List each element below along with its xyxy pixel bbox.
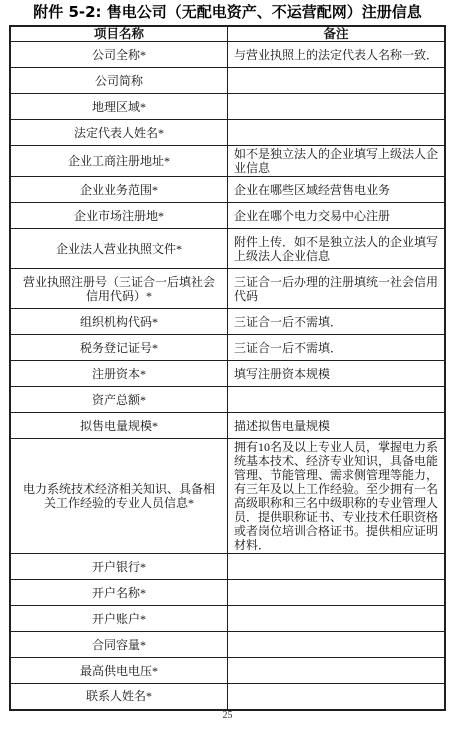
item-name: 合同容量*: [10, 632, 228, 658]
item-remark: 描述拟售电量规模: [228, 413, 446, 439]
registration-info-table: 项目名称 备注 公司全称* 与营业执照上的法定代表人名称一致． 公司简称 地理区…: [9, 25, 446, 711]
table-header-row: 项目名称 备注: [10, 26, 445, 42]
table-row: 税务登记证号* 三证合一后不需填．: [10, 335, 445, 361]
item-remark: [228, 120, 446, 146]
table-row: 法定代表人姓名*: [10, 120, 445, 146]
item-name: 营业执照注册号（三证合一后填社会信用代码）*: [10, 269, 228, 309]
item-name: 拟售电量规模*: [10, 413, 228, 439]
table-row: 注册资本* 填写注册资本规模: [10, 361, 445, 387]
item-name: 电力系统技术经济相关知识、具备相关工作经验的专业人员信息*: [10, 439, 228, 554]
item-name: 注册资本*: [10, 361, 228, 387]
item-name: 税务登记证号*: [10, 335, 228, 361]
item-remark: 填写注册资本规模: [228, 361, 446, 387]
item-name: 开户银行*: [10, 554, 228, 580]
item-name: 公司简称: [10, 68, 228, 94]
table-row: 合同容量*: [10, 632, 445, 658]
item-remark: [228, 632, 446, 658]
item-remark: 附件上传．如不是独立法人的企业填写上级法人企业信息: [228, 229, 446, 269]
table-row: 联系人姓名*: [10, 684, 445, 710]
table-row: 公司全称* 与营业执照上的法定代表人名称一致．: [10, 42, 445, 68]
item-name: 联系人姓名*: [10, 684, 228, 710]
item-name: 法定代表人姓名*: [10, 120, 228, 146]
item-name: 公司全称*: [10, 42, 228, 68]
item-remark: 企业在哪些区域经营售电业务: [228, 177, 446, 203]
item-name: 企业市场注册地*: [10, 203, 228, 229]
table-row: 地理区域*: [10, 94, 445, 120]
item-remark: [228, 94, 446, 120]
item-remark: 与营业执照上的法定代表人名称一致．: [228, 42, 446, 68]
table-row: 资产总额*: [10, 387, 445, 413]
item-remark: [228, 387, 446, 413]
item-remark: 拥有10名及以上专业人员，掌握电力系统基本技术、经济专业知识，具备电能管理、节能…: [228, 439, 446, 554]
item-name: 资产总额*: [10, 387, 228, 413]
table-row: 公司简称: [10, 68, 445, 94]
item-remark: [228, 684, 446, 710]
item-name: 开户账户*: [10, 606, 228, 632]
table-row: 开户名称*: [10, 580, 445, 606]
table-row: 企业业务范围* 企业在哪些区域经营售电业务: [10, 177, 445, 203]
table-row: 营业执照注册号（三证合一后填社会信用代码）* 三证合一后办理的注册填统一社会信用…: [10, 269, 445, 309]
item-remark: [228, 580, 446, 606]
table-row: 电力系统技术经济相关知识、具备相关工作经验的专业人员信息* 拥有10名及以上专业…: [10, 439, 445, 554]
item-name: 地理区域*: [10, 94, 228, 120]
item-remark: 三证合一后不需填．: [228, 335, 446, 361]
item-name: 企业法人营业执照文件*: [10, 229, 228, 269]
item-name: 开户名称*: [10, 580, 228, 606]
item-remark: [228, 658, 446, 684]
table-row: 企业工商注册地址* 如不是独立法人的企业填写上级法人企业信息: [10, 146, 445, 177]
table-row: 企业法人营业执照文件* 附件上传．如不是独立法人的企业填写上级法人企业信息: [10, 229, 445, 269]
item-name: 企业业务范围*: [10, 177, 228, 203]
table-row: 拟售电量规模* 描述拟售电量规模: [10, 413, 445, 439]
table-row: 开户银行*: [10, 554, 445, 580]
item-name: 组织机构代码*: [10, 309, 228, 335]
item-remark: [228, 554, 446, 580]
item-remark: 企业在哪个电力交易中心注册: [228, 203, 446, 229]
item-remark: 三证合一后办理的注册填统一社会信用代码: [228, 269, 446, 309]
item-name: 企业工商注册地址*: [10, 146, 228, 177]
page-title: 附件 5-2: 售电公司（无配电资产、不运营配网）注册信息: [6, 3, 449, 21]
column-header-item-name: 项目名称: [10, 26, 228, 42]
table-row: 组织机构代码* 三证合一后不需填．: [10, 309, 445, 335]
page-number: 25: [0, 710, 455, 721]
item-name: 最高供电电压*: [10, 658, 228, 684]
table-row: 开户账户*: [10, 606, 445, 632]
column-header-remark: 备注: [228, 26, 446, 42]
item-remark: [228, 68, 446, 94]
item-remark: 三证合一后不需填．: [228, 309, 446, 335]
table-row: 企业市场注册地* 企业在哪个电力交易中心注册: [10, 203, 445, 229]
item-remark: [228, 606, 446, 632]
item-remark: 如不是独立法人的企业填写上级法人企业信息: [228, 146, 446, 177]
table-row: 最高供电电压*: [10, 658, 445, 684]
